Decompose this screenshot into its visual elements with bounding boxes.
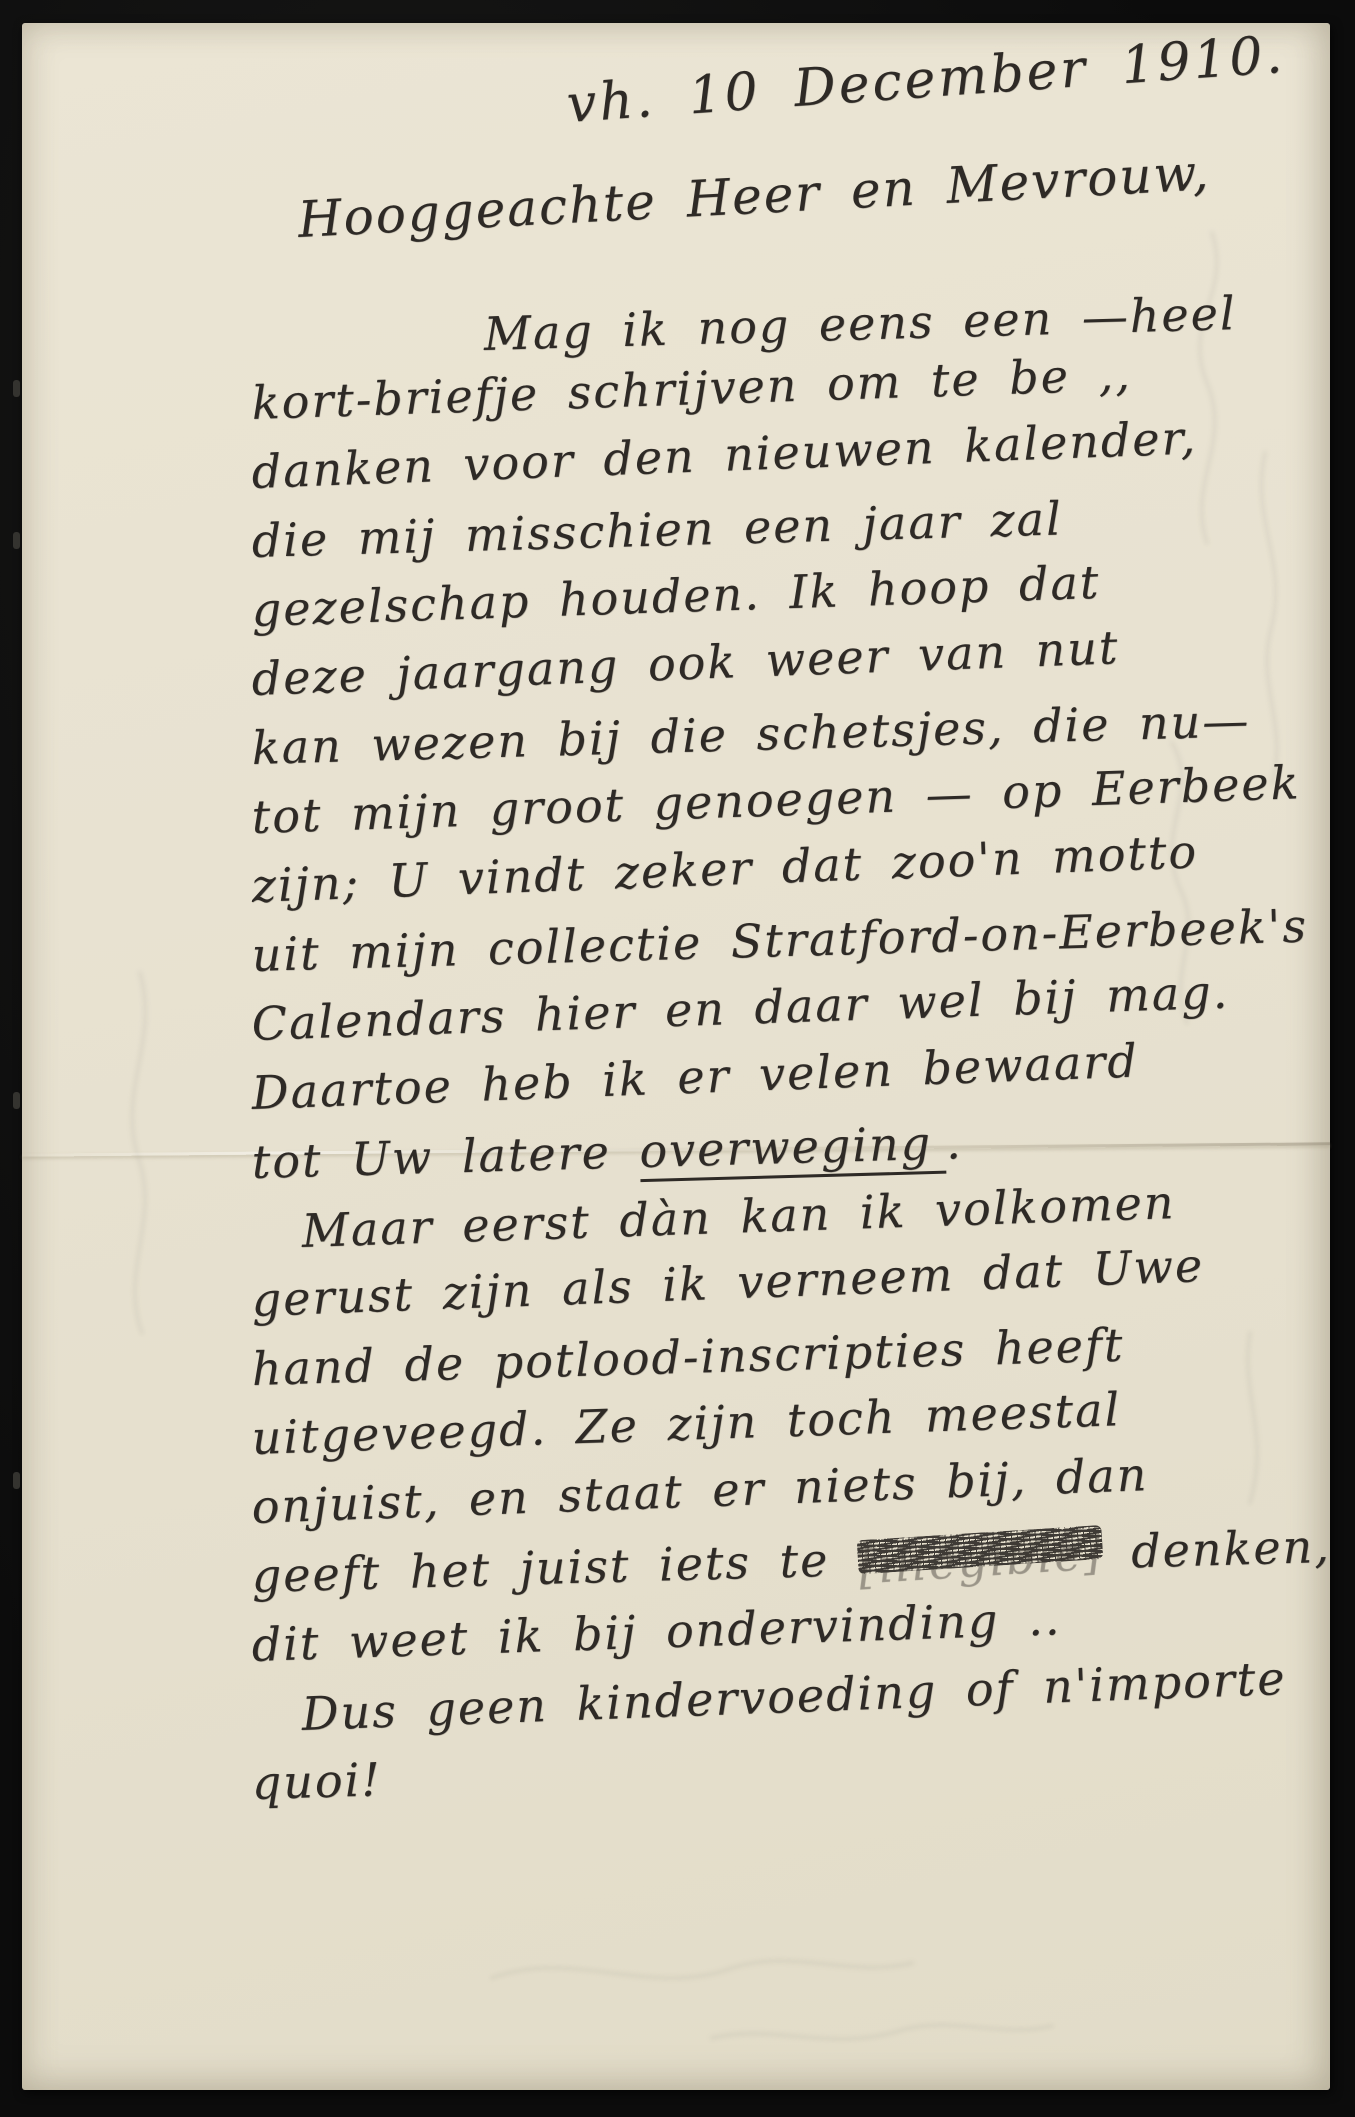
scan-edge-mark — [13, 1472, 20, 1489]
letter-text: quoi! — [251, 1752, 382, 1810]
salutation-line: Hooggeachte Heer en Mevrouw, — [296, 143, 1211, 249]
letter-text: denken, — [1102, 1519, 1332, 1579]
scan-background: vh. 10 December 1910. Hooggeachte Heer e… — [0, 0, 1355, 2117]
letter-paper: vh. 10 December 1910. Hooggeachte Heer e… — [22, 23, 1330, 2090]
struck-out-word: [illegible] — [857, 1525, 1103, 1574]
scan-edge-mark — [13, 532, 20, 549]
scan-edge-mark — [13, 1092, 20, 1109]
letter-body: Mag ik nog eens een —heelkort-briefje sc… — [22, 307, 1330, 1825]
underlined-word: overweging — [639, 1116, 947, 1183]
scan-edge-mark — [13, 380, 20, 397]
letter-text: . — [945, 1115, 963, 1169]
date-line: vh. 10 December 1910. — [565, 25, 1287, 135]
letter-text: tot Uw latere — [251, 1124, 640, 1189]
